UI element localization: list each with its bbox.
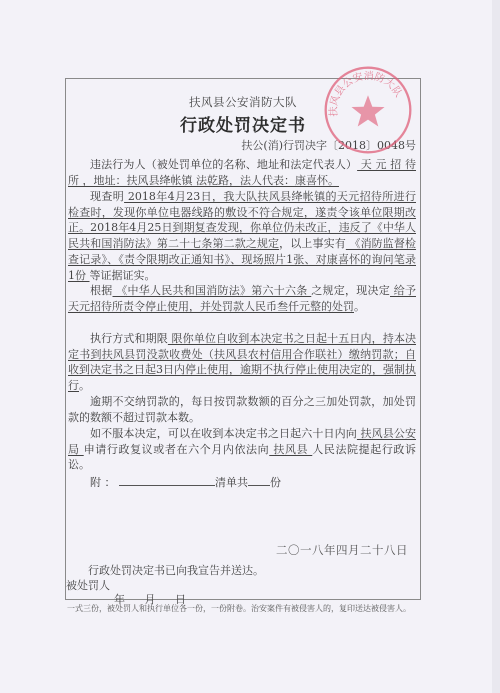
document-title: 行政处罚决定书: [66, 111, 420, 136]
execution-paragraph: 执行方式和期限 限你单位自收到本决定书之日起十五日内，持本决定书到扶风县罚没款收…: [68, 331, 416, 394]
evidence-suffix: 等证据证实。: [90, 269, 156, 282]
page-edge: [492, 0, 500, 693]
facts-label: 现查明: [90, 190, 124, 203]
violator-label: 违法行为人（被处罚单位的名称、地址和法定代表人）: [90, 158, 357, 171]
violator-paragraph: 违法行为人（被处罚单位的名称、地址和法定代表人） 天 元 招 待 所 ，地址：扶…: [68, 157, 416, 188]
execution-label: 执行方式和期限: [90, 332, 168, 345]
facts-connector: ，以上事实有: [279, 237, 346, 250]
appeal-connector: 申请行政复议或者在六个月内依法向: [84, 443, 270, 456]
basis-label: 根据: [90, 284, 113, 297]
attachment-count-blank: [248, 474, 270, 486]
decision-suffix: 。: [354, 300, 365, 313]
late-fee-paragraph: 逾期不交纳罚款的，每日按罚款数额的百分之三加处罚款，加处罚款的数额不超过罚款本数…: [68, 394, 416, 425]
footer-note: 一式三份，被处罚人和执行单位各一份，一份附卷。治安案件有被侵害人的，复印送达被侵…: [67, 603, 411, 614]
attachment-label: 附 ：: [90, 476, 116, 489]
basis-paragraph: 根据 《中华人民共和国消防法》第六十六条 之规定，现决定 给予天元招待所责令停止…: [68, 283, 416, 314]
attachment-line: 附 ： 清单共份: [68, 474, 416, 491]
appeal-paragraph: 如不服本决定，可以在收到本决定书之日起六十日内向 扶风县公安局 申请行政复议或者…: [68, 426, 416, 473]
attachment-list-label: 清单共: [215, 476, 248, 489]
basis-value: 《中华人民共和国消防法》第六十六条: [113, 284, 312, 297]
execution-suffix: 。: [79, 379, 90, 392]
penalized-party-label: 被处罚人: [66, 577, 110, 593]
appeal-prefix: 如不服本决定，可以在收到本决定书之日起六十日内向: [90, 427, 357, 440]
basis-connector: 之规定，现决定: [311, 284, 390, 297]
issuing-organization: 扶风县公安消防大队: [66, 94, 420, 110]
appeal-court: 扶风县: [269, 443, 312, 456]
document-frame: 扶风县公安消防大队 行政处罚决定书 扶公(消)行罚决字〔2018〕0048号 违…: [65, 78, 421, 600]
facts-paragraph: 现查明 2018年4月23日，我大队扶风县绛帐镇的天元招待所进行检查时，发现你单…: [68, 189, 416, 283]
served-statement: 行政处罚决定书已向我宣告并送达。: [66, 562, 264, 578]
document-number: 扶公(消)行罚决字〔2018〕0048号: [241, 137, 416, 153]
attachment-unit: 份: [270, 476, 281, 489]
issue-date: 二〇一八年四月二十八日: [276, 542, 408, 558]
attachment-blank: [119, 474, 215, 486]
